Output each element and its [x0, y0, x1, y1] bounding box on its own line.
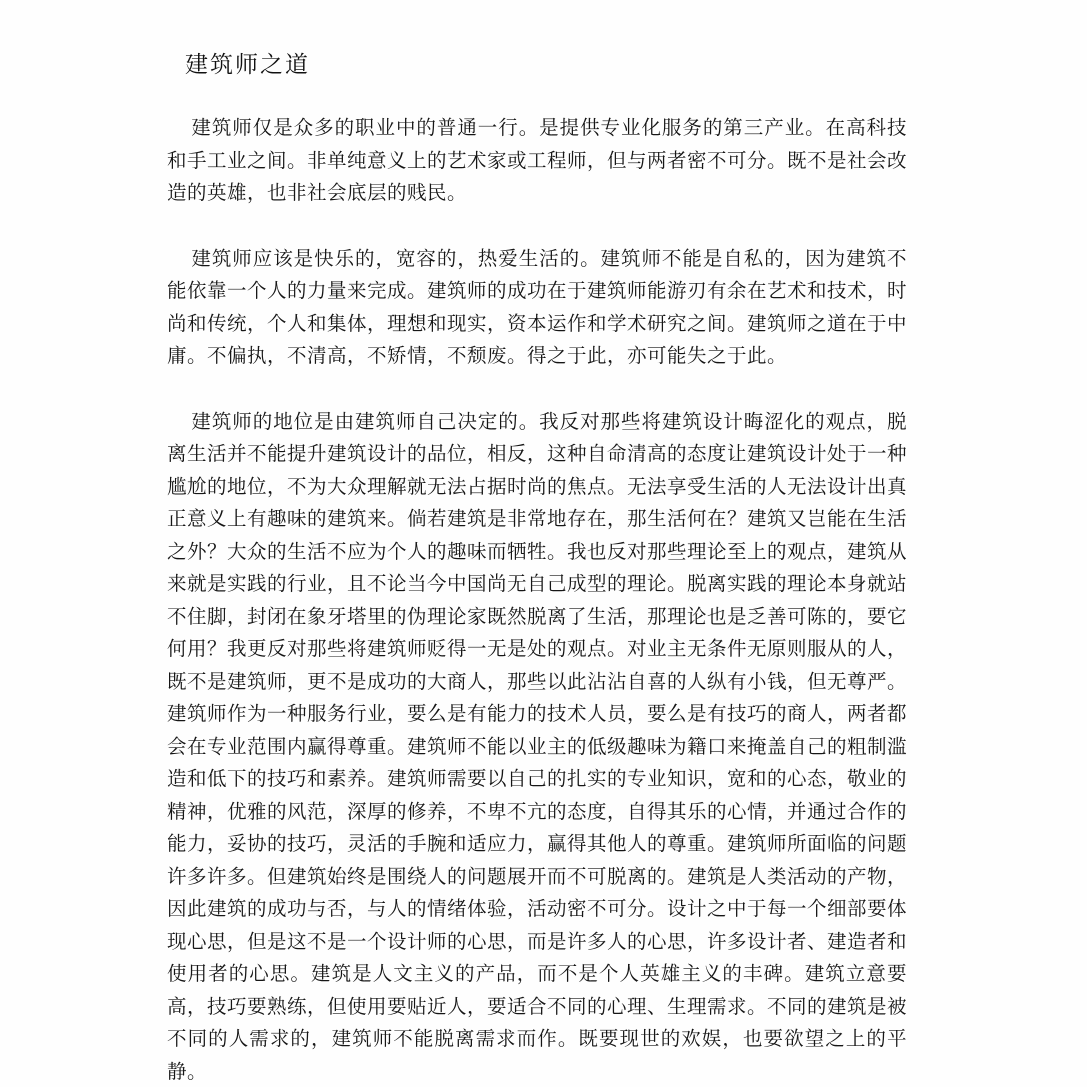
- document-page: 建筑师之道 建筑师仅是众多的职业中的普通一行。是提供专业化服务的第三产业。在高科…: [0, 0, 1087, 1087]
- paragraph: 建筑师应该是快乐的，宽容的，热爱生活的。建筑师不能是自私的，因为建筑不能依靠一个…: [167, 243, 907, 373]
- document-title: 建筑师之道: [185, 46, 310, 79]
- document-body: 建筑师仅是众多的职业中的普通一行。是提供专业化服务的第三产业。在高科技和手工业之…: [167, 112, 907, 1087]
- paragraph: 建筑师的地位是由建筑师自己决定的。我反对那些将建筑设计晦涩化的观点，脱离生活并不…: [167, 406, 907, 1087]
- paragraph: 建筑师仅是众多的职业中的普通一行。是提供专业化服务的第三产业。在高科技和手工业之…: [167, 112, 907, 210]
